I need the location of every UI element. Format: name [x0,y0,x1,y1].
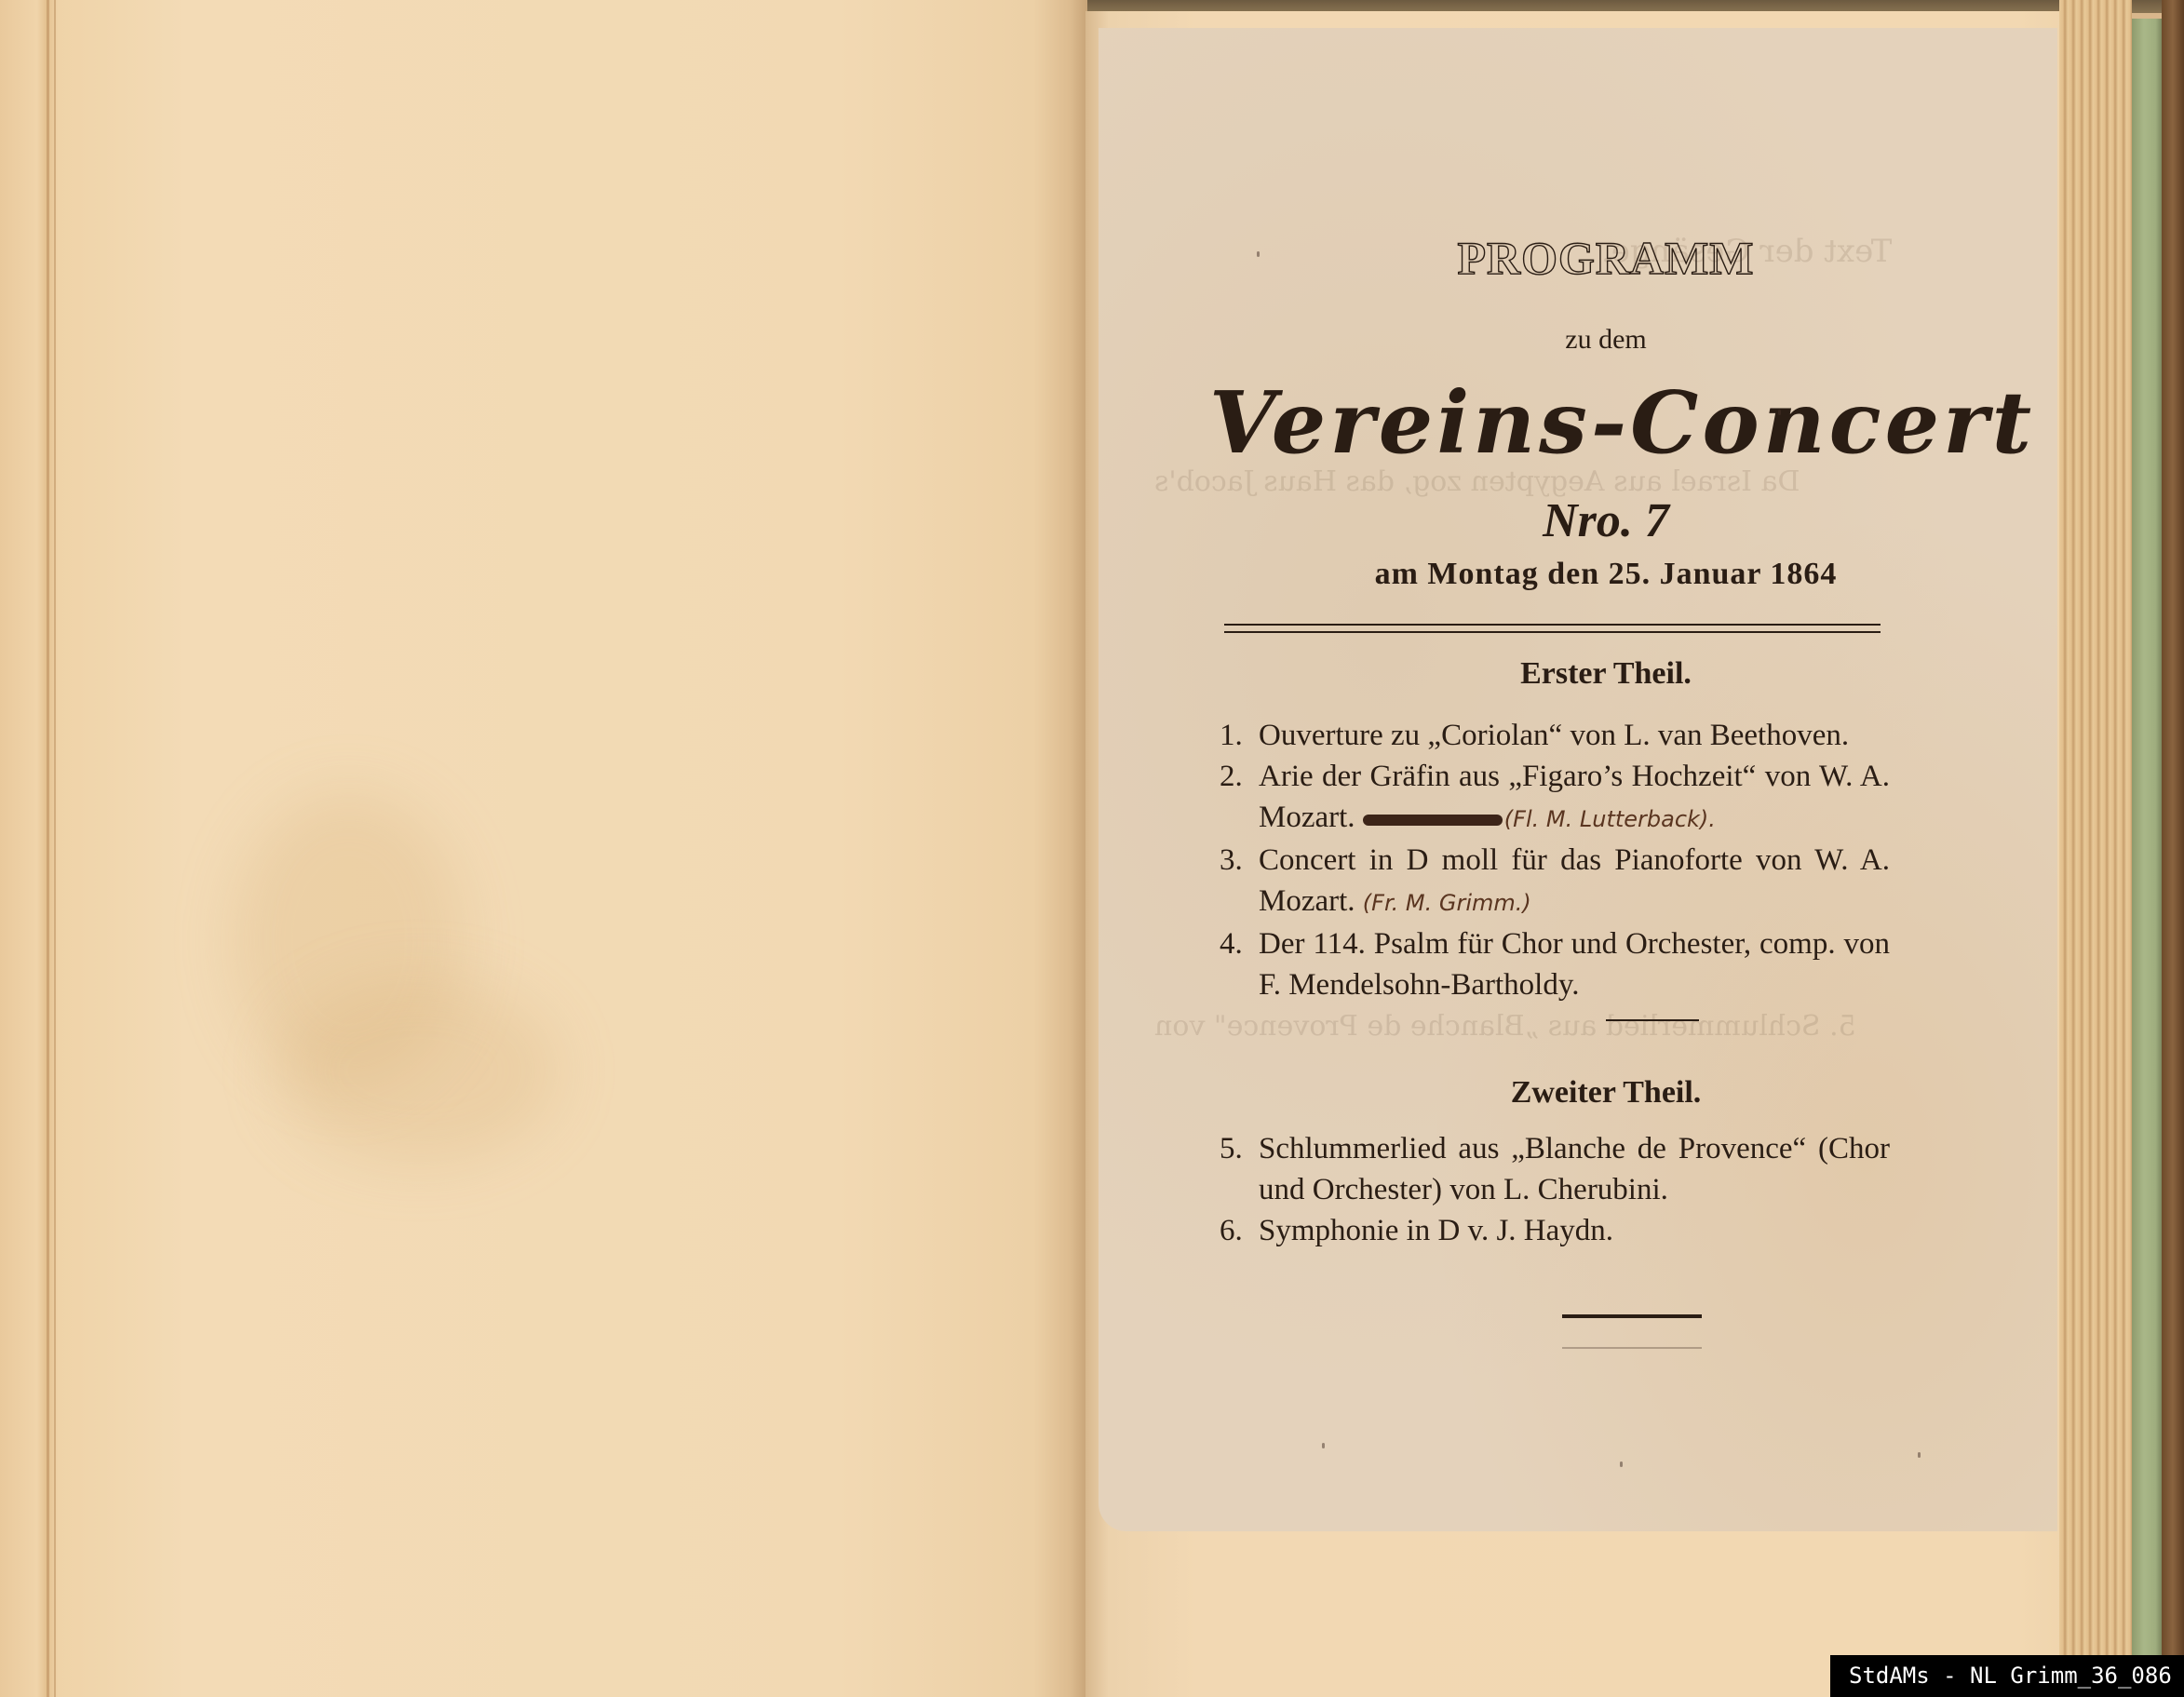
event-name: Vereins-Concert [1187,372,2057,473]
item-number: 4. [1220,923,1259,1005]
paper-speck [1322,1443,1325,1448]
item-number: 2. [1220,756,1259,840]
concert-date: am Montag den 25. Januar 1864 [1154,557,2057,592]
item-number: 3. [1220,840,1259,923]
program-subtitle: zu dem [1154,324,2057,356]
paper-speck [1257,251,1260,257]
show-through-text: 5. Schlummerlied aus „Blanche de Provenc… [1154,1010,1856,1043]
item-number: 1. [1220,715,1259,756]
performer-annotation: (Fl. M. Lutterback). [1504,806,1716,832]
item-number: 5. [1220,1128,1259,1210]
handwritten-annotation: (——————)(Fl. M. Lutterback). [1363,806,1716,832]
left-page [0,0,1087,1697]
program-item: 3. Concert in D moll für das Pianoforte … [1220,840,1890,923]
program-item: 6. Symphonie in D v. J. Haydn. [1220,1210,1890,1251]
program-item: 1. Ouverture zu „Coriolan“ von L. van Be… [1220,715,1890,756]
item-number: 6. [1220,1210,1259,1251]
page-edge-line [54,0,56,1697]
item-text: Symphonie in D v. J. Haydn. [1259,1210,1890,1251]
concert-number: Nro. 7 [1154,493,2057,548]
performer-annotation: (Fr. M. Grimm.) [1363,890,1531,916]
section-divider [1606,1019,1699,1021]
part-two-list: 5. Schlummerlied aus „Blanche de Provenc… [1220,1128,1890,1251]
paper-stain [279,977,559,1164]
double-rule-divider [1224,624,1881,633]
paper-speck [1918,1452,1921,1458]
end-rule [1562,1314,1702,1318]
program-item: 5. Schlummerlied aus „Blanche de Provenc… [1220,1128,1890,1210]
program-item: 4. Der 114. Psalm für Chor und Orchester… [1220,923,1890,1005]
program-title: PROGRAMM [1154,231,2057,285]
item-text: Concert in D moll für das Pianoforte von… [1259,843,1890,918]
struck-out-annotation: (——————) [1363,815,1503,826]
green-cover-strip [2132,19,2162,1697]
item-text: Der 114. Psalm für Chor und Orchester, c… [1259,923,1890,1005]
part-one-heading: Erster Theil. [1154,656,2057,692]
book-cover-edge [2162,0,2184,1697]
program-item: 2. Arie der Gräfin aus „Figaro’s Hochzei… [1220,756,1890,840]
concert-program-sheet: Text der Gesänge. Da Israel aus Aegypten… [1099,28,2057,1531]
page-stack-edges [2059,0,2132,1697]
paper-speck [1778,410,1781,415]
item-text: Ouverture zu „Coriolan“ von L. van Beeth… [1259,715,1890,756]
end-rule-faint [1562,1347,1702,1349]
paper-speck [1620,1461,1623,1467]
archive-reference-label: StdAMs - NL Grimm_36_086 [1830,1655,2184,1697]
part-two-heading: Zweiter Theil. [1154,1075,2057,1111]
item-text: Schlummerlied aus „Blanche de Provence“ … [1259,1128,1890,1210]
part-one-list: 1. Ouverture zu „Coriolan“ von L. van Be… [1220,715,1890,1005]
page-edge-line [47,0,49,1697]
